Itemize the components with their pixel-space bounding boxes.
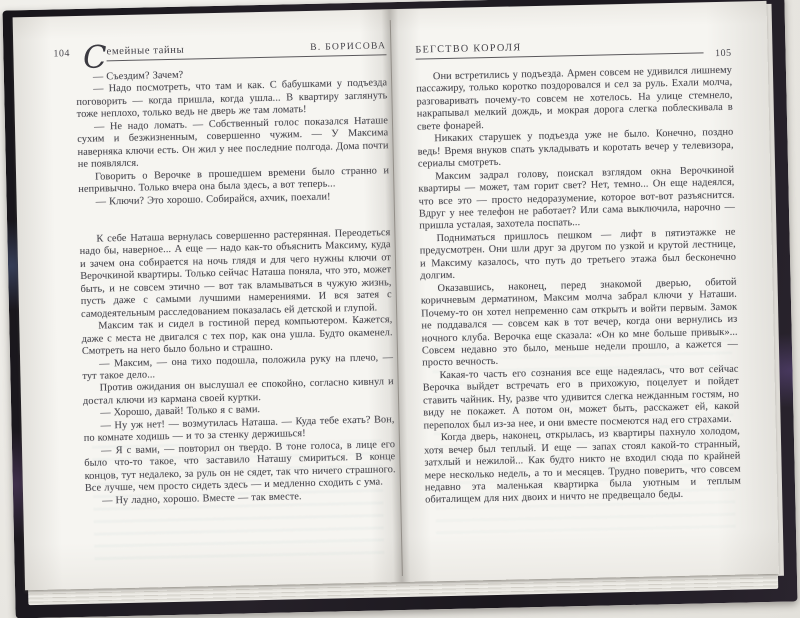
left-page-header: 104 С емейные тайны В. БОРИСОВА [53,35,386,62]
paragraph: К себе Наташа вернулась совершенно расте… [79,227,392,321]
paragraph: Они встретились у подъезда. Армен совсем… [416,65,733,134]
right-page-header: БЕГСТВО КОРОЛЯ 105 [415,38,731,60]
right-page-text: Они встретились у подъезда. Армен совсем… [416,65,741,508]
author-name: В. БОРИСОВА [310,40,386,53]
page-number: 104 [53,48,70,62]
right-page: БЕГСТВО КОРОЛЯ 105 Они встретились у под… [390,1,779,582]
left-page: 104 С емейные тайны В. БОРИСОВА — Съезди… [13,9,402,590]
paragraph: Максим задрал голову, поискал взглядом о… [418,164,735,233]
left-page-text: — Съездим? Зачем? — Надо посмотреть, что… [76,65,396,508]
chapter-title: БЕГСТВО КОРОЛЯ [415,42,521,55]
running-title: емейные тайны [107,45,185,58]
paragraph: Оказавшись, наконец, перед знакомой двер… [421,276,739,370]
paragraph: Какая-то часть его сознания все еще наде… [422,364,739,433]
running-title-swash-initial: С [83,47,107,68]
header-rule: БЕГСТВО КОРОЛЯ [415,38,703,59]
paragraph: — Я с вами, — повторил он твердо. В тоне… [84,439,396,496]
book-photo: 104 С емейные тайны В. БОРИСОВА — Съезди… [0,0,800,618]
paragraph: Когда дверь, наконец, открылась, из квар… [424,426,742,508]
header-rule: емейные тайны В. БОРИСОВА [107,40,387,61]
paragraph: Подниматься пришлось пешком — лифт в пят… [419,227,736,284]
page-spread: 104 С емейные тайны В. БОРИСОВА — Съезди… [13,1,779,590]
page-number: 105 [715,48,732,59]
open-book: 104 С емейные тайны В. БОРИСОВА — Съезди… [2,0,797,618]
paragraph: — Не надо ломать. — Собственный голос по… [77,115,389,172]
